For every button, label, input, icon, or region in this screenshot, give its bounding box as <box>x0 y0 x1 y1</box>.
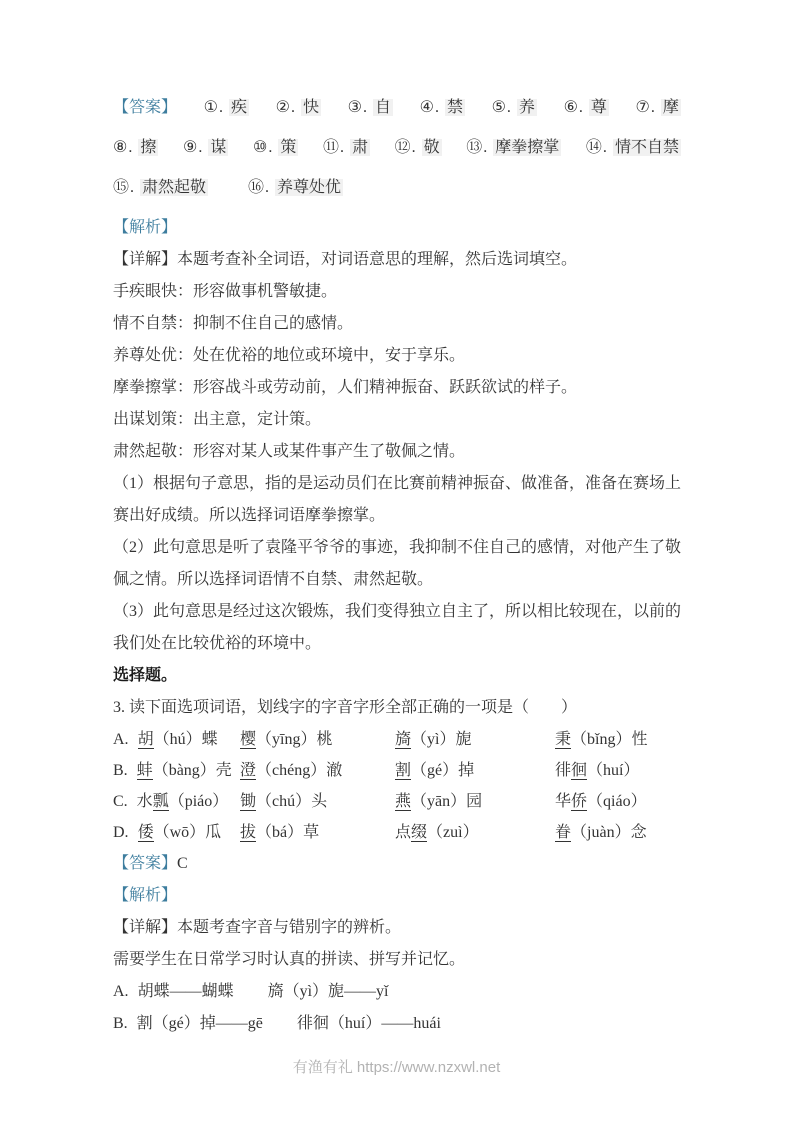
q3-option-d: D.倭（wō）瓜 拔（bá）草 点缀（zuì） 眷（juàn）念 <box>113 817 681 848</box>
q2-answer-line-3: ⑮.肃然起敬 ⑯.养尊处优 <box>113 168 681 208</box>
correction-label: A. <box>113 983 129 1000</box>
option-cell: 澄（chéng）澈 <box>240 755 395 786</box>
option-cell: D.倭（wō）瓜 <box>113 817 240 848</box>
analysis-paragraph: 出谋划策：出主意，定计策。 <box>113 404 681 436</box>
option-cell: 拔（bá）草 <box>240 817 395 848</box>
answer-item: ②.快 <box>276 88 321 128</box>
answer-item: ⑯.养尊处优 <box>248 168 343 208</box>
option-label: C. <box>113 793 128 810</box>
analysis-paragraph: 肃然起敬：形容对某人或某件事产生了敬佩之情。 <box>113 436 681 468</box>
answer-item: ⑥.尊 <box>564 88 609 128</box>
analysis-paragraph: （1）根据句子意思，指的是运动员们在比赛前精神振奋、做准备，准备在赛场上赛出好成… <box>113 468 681 532</box>
option-cell: 锄（chú）头 <box>240 786 395 817</box>
analysis-paragraph: 养尊处优：处在优裕的地位或环境中，安于享乐。 <box>113 340 681 372</box>
document-content: 【答案】 ①.疾 ②.快 ③.自 ④.禁 ⑤.养 ⑥.尊 ⑦.摩 ⑧.擦 ⑨.谋… <box>113 88 681 1040</box>
analysis-label: 【解析】 <box>113 887 177 904</box>
q3-stem: 3. 读下面选项词语，划线字的字音字形全部正确的一项是（ ） <box>113 692 681 724</box>
option-label: D. <box>113 824 129 841</box>
q3-answer-label: 【答案】 <box>113 855 177 872</box>
q3-correction-b: B.割（gé）掉——gē徘徊（huí）——huái <box>113 1008 681 1040</box>
correction-seg: 旖（yì）旎——yǐ <box>268 983 389 1000</box>
answer-item: ⑮.肃然起敬 <box>113 168 208 208</box>
detail-text: 本题考查字音与错别字的辨析。 <box>177 919 401 936</box>
q3-analysis-label-line: 【解析】 <box>113 880 681 912</box>
q2-answer-label: 【答案】 <box>113 88 177 128</box>
answer-item: ④.禁 <box>420 88 465 128</box>
option-cell: 华侨（qiáo） <box>555 786 681 817</box>
answer-item: ⑤.养 <box>492 88 537 128</box>
option-cell: A.胡（hú）蝶 <box>113 724 240 755</box>
option-label: B. <box>113 762 128 779</box>
correction-seg: 胡蝶——蝴蝶 <box>138 983 234 1000</box>
q2-analysis-label-line: 【解析】 <box>113 212 681 244</box>
q3-correction-a: A.胡蝶——蝴蝶旖（yì）旎——yǐ <box>113 976 681 1008</box>
option-cell: 割（gé）掉 <box>395 755 555 786</box>
answer-item: ⑭.情不自禁 <box>586 128 681 168</box>
analysis-paragraph: 情不自禁：抑制不住自己的感情。 <box>113 308 681 340</box>
answer-item: ⑩.策 <box>253 128 298 168</box>
option-cell: 樱（yīng）桃 <box>240 724 395 755</box>
analysis-paragraph: 摩拳擦掌：形容战斗或劳动前，人们精神振奋、跃跃欲试的样子。 <box>113 372 681 404</box>
option-label: A. <box>113 731 129 748</box>
section-title: 选择题。 <box>113 660 681 692</box>
answer-item: ①.疾 <box>204 88 249 128</box>
analysis-label: 【解析】 <box>113 219 177 236</box>
option-cell: 徘徊（huí） <box>555 755 681 786</box>
option-cell: 旖（yì）旎 <box>395 724 555 755</box>
analysis-paragraph: 手疾眼快：形容做事机警敏捷。 <box>113 276 681 308</box>
q3-note: 需要学生在日常学习时认真的拼读、拼写并记忆。 <box>113 944 681 976</box>
answer-item: ⑬.摩拳擦掌 <box>466 128 561 168</box>
q2-detail-line: 【详解】本题考查补全词语，对词语意思的理解，然后选词填空。 <box>113 244 681 276</box>
q3-option-c: C.水瓢（piáo） 锄（chú）头 燕（yān）园 华侨（qiáo） <box>113 786 681 817</box>
q3-option-a: A.胡（hú）蝶 樱（yīng）桃 旖（yì）旎 秉（bǐng）性 <box>113 724 681 755</box>
answer-item: ⑨.谋 <box>183 128 228 168</box>
option-cell: 眷（juàn）念 <box>555 817 681 848</box>
option-cell: 秉（bǐng）性 <box>555 724 681 755</box>
answer-item: ⑦.摩 <box>636 88 681 128</box>
detail-label: 【详解】 <box>113 919 177 936</box>
option-cell: 点缀（zuì） <box>395 817 555 848</box>
detail-label: 【详解】 <box>113 251 177 268</box>
q2-answer-block: 【答案】 ①.疾 ②.快 ③.自 ④.禁 ⑤.养 ⑥.尊 ⑦.摩 ⑧.擦 ⑨.谋… <box>113 88 681 208</box>
detail-text: 本题考查补全词语，对词语意思的理解，然后选词填空。 <box>177 251 577 268</box>
option-cell: B.蚌（bàng）壳 <box>113 755 240 786</box>
q3-answer-line: 【答案】C <box>113 848 681 880</box>
footer-watermark: 有渔有礼 https://www.nzxwl.net <box>0 1058 793 1078</box>
answer-item: ⑪.肃 <box>323 128 370 168</box>
answer-item: ⑫.敬 <box>395 128 442 168</box>
option-cell: 燕（yān）园 <box>395 786 555 817</box>
option-cell: C.水瓢（piáo） <box>113 786 240 817</box>
correction-seg: 割（gé）掉——gē <box>137 1015 263 1032</box>
q3-answer-value: C <box>177 855 188 872</box>
document-page: 【答案】 ①.疾 ②.快 ③.自 ④.禁 ⑤.养 ⑥.尊 ⑦.摩 ⑧.擦 ⑨.谋… <box>0 0 793 1122</box>
correction-seg: 徘徊（huí）——huái <box>297 1015 441 1032</box>
analysis-paragraph: （3）此句意思是经过这次锻炼，我们变得独立自主了，所以相比较现在，以前的我们处在… <box>113 596 681 660</box>
answer-item: ⑧.擦 <box>113 128 158 168</box>
q2-answer-line-2: ⑧.擦 ⑨.谋 ⑩.策 ⑪.肃 ⑫.敬 ⑬.摩拳擦掌 ⑭.情不自禁 <box>113 128 681 168</box>
q3-option-b: B.蚌（bàng）壳 澄（chéng）澈 割（gé）掉 徘徊（huí） <box>113 755 681 786</box>
analysis-paragraph: （2）此句意思是听了袁隆平爷爷的事迹，我抑制不住自己的感情，对他产生了敬佩之情。… <box>113 532 681 596</box>
q3-detail-line: 【详解】本题考查字音与错别字的辨析。 <box>113 912 681 944</box>
correction-label: B. <box>113 1015 128 1032</box>
answer-item: ③.自 <box>348 88 393 128</box>
q2-answer-line-1: 【答案】 ①.疾 ②.快 ③.自 ④.禁 ⑤.养 ⑥.尊 ⑦.摩 <box>113 88 681 128</box>
